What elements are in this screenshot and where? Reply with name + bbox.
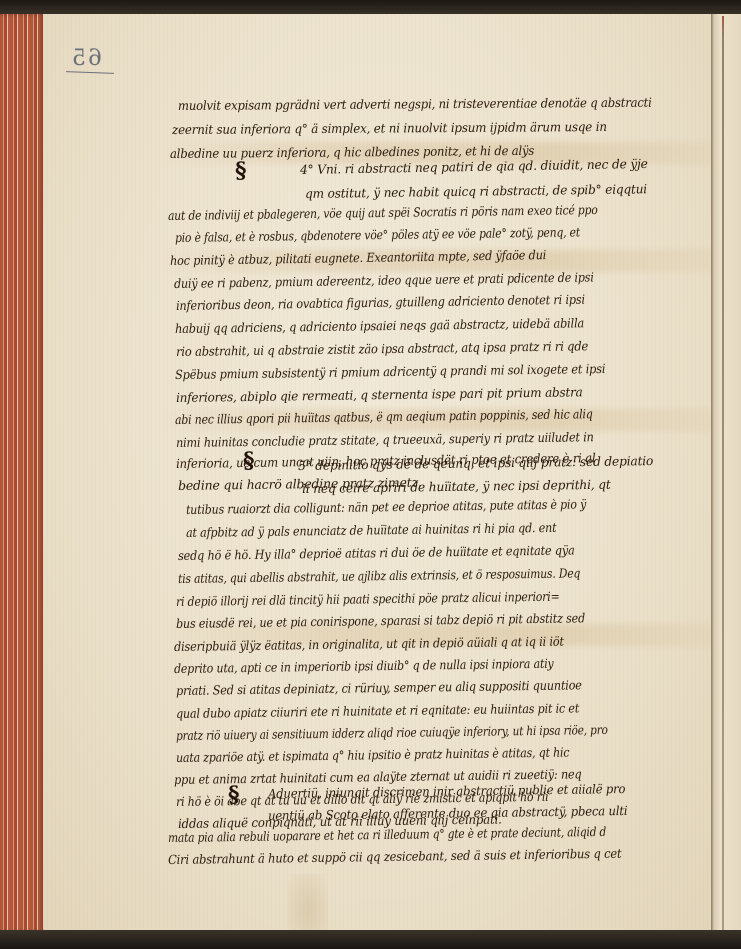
section-mark: § (235, 158, 247, 184)
book-bottom-shadow (0, 930, 741, 949)
text-line: zeernit sua inferiora q° ä simplex, et n… (172, 119, 607, 137)
folio-number: 65 (70, 46, 102, 71)
binding-fold (722, 16, 724, 930)
red-sprinkled-page-edges (0, 14, 44, 932)
facing-page-gutter (711, 14, 741, 932)
